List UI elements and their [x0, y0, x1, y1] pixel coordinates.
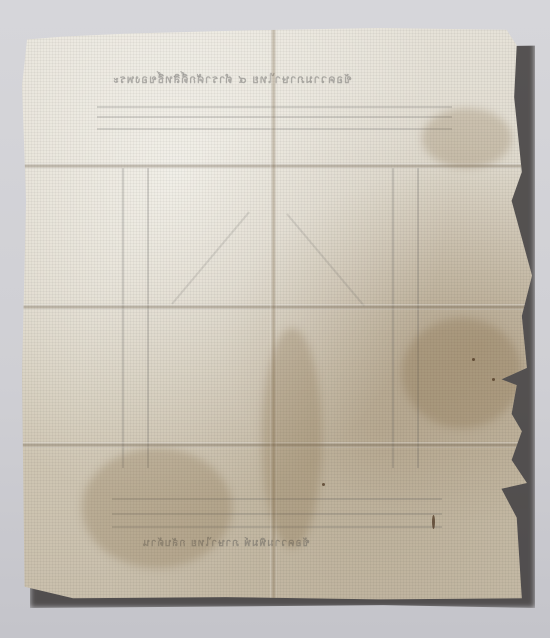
mirrored-title-text: ข้อความภาษาไทย ๔ ตำราศักดิ์สิทธิ์ของพระ — [112, 70, 352, 88]
horizontal-fold-line — [22, 304, 532, 310]
cloth-document: ข้อความภาษาไทย ๔ ตำราศักดิ์สิทธิ์ของพระ … — [22, 28, 532, 604]
ghost-column-line — [392, 168, 394, 468]
stain — [82, 448, 232, 568]
stain — [262, 328, 322, 548]
ghost-column-line — [147, 168, 149, 468]
dirt-speck — [492, 378, 495, 381]
dirt-speck — [472, 358, 475, 361]
stain — [422, 108, 512, 168]
ghost-column-line — [122, 168, 124, 468]
stain — [402, 318, 522, 428]
photograph: ข้อความภาษาไทย ๔ ตำราศักดิ์สิทธิ์ของพระ … — [0, 0, 550, 638]
ghost-column-line — [417, 168, 419, 468]
dirt-speck — [322, 483, 325, 486]
dirt-speck — [432, 515, 435, 529]
